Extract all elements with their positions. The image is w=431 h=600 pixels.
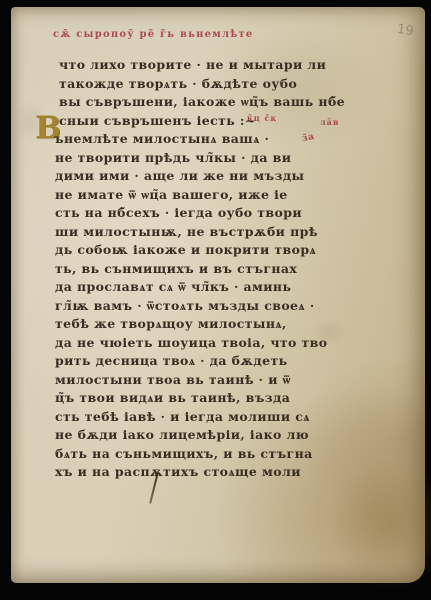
manuscript-line: рить десница твоѧ · да бѫдеть: [55, 352, 355, 370]
manuscript-line: сть на нб̃сехъ · іегда оубо твори: [55, 204, 355, 222]
manuscript-line: дь собоѭ іакоже и покрити творѧ: [55, 241, 355, 259]
manuscript-line: не имате ѿ ѡц̃а вашего, иже іе: [55, 186, 355, 204]
manuscript-line: такожде творѧть · бѫдѣте оубо: [59, 75, 355, 93]
manuscript-line: что лихо творите · не и мытари ли: [59, 56, 355, 74]
manuscript-line: сть тебѣ іавѣ · и іегда молиши сѧ: [55, 408, 355, 426]
rubric-heading: сѫ̃ сыропоу̃ ре̃ г̃ь вьнемлѣте: [53, 29, 254, 40]
manuscript-line: сныи съвръшенъ іесть :~: [59, 112, 355, 130]
manuscript-line: не бѫди іако лицемѣріи, іако лю: [55, 426, 355, 444]
manuscript-text-block: что лихо творите · не и мытари ли такожд…: [55, 56, 355, 482]
manuscript-line: вы съвръшени, іакоже ѡц̃ъ вашь нб̃е: [59, 93, 355, 111]
manuscript-line: милостыни твоа вь таинѣ · и ѿ: [55, 371, 355, 389]
manuscript-line: бѧть на съньмищихъ, и вь стъгна: [55, 445, 355, 463]
manuscript-line: гл̃ѭ вамъ · ѿстоѧть мъзды своеѧ ·: [55, 297, 355, 315]
manuscript-line: ънемлѣте милостынѧ вашѧ ·: [54, 130, 355, 148]
manuscript-line: ть, вь сънмищихъ и въ стъгнах: [55, 260, 355, 278]
folio-number: 19: [396, 22, 415, 39]
manuscript-line: да прославѧт сѧ ѿ чл̃къ · аминь: [55, 278, 355, 296]
manuscript-page: сѫ̃ сыропоу̃ ре̃ г̃ь вьнемлѣте 19 В к̃ц …: [11, 7, 425, 583]
manuscript-line: да не чюіеть шоуица твоіа, что тво: [55, 334, 355, 352]
manuscript-line: хъ и на распѫтихъ стоѧще моли: [55, 463, 355, 481]
manuscript-line: не творити прѣдь чл̃кы · да ви: [55, 149, 355, 167]
manuscript-line: ц̃ъ твои видѧи вь таинѣ, възда: [55, 389, 355, 407]
manuscript-line: ши милостынѭ, не въстрѫби прѣ: [55, 223, 355, 241]
manuscript-line: тебѣ же творѧщоу милостынѧ,: [55, 315, 355, 333]
manuscript-line: дими ими · аще ли же ни мъзды: [55, 167, 355, 185]
